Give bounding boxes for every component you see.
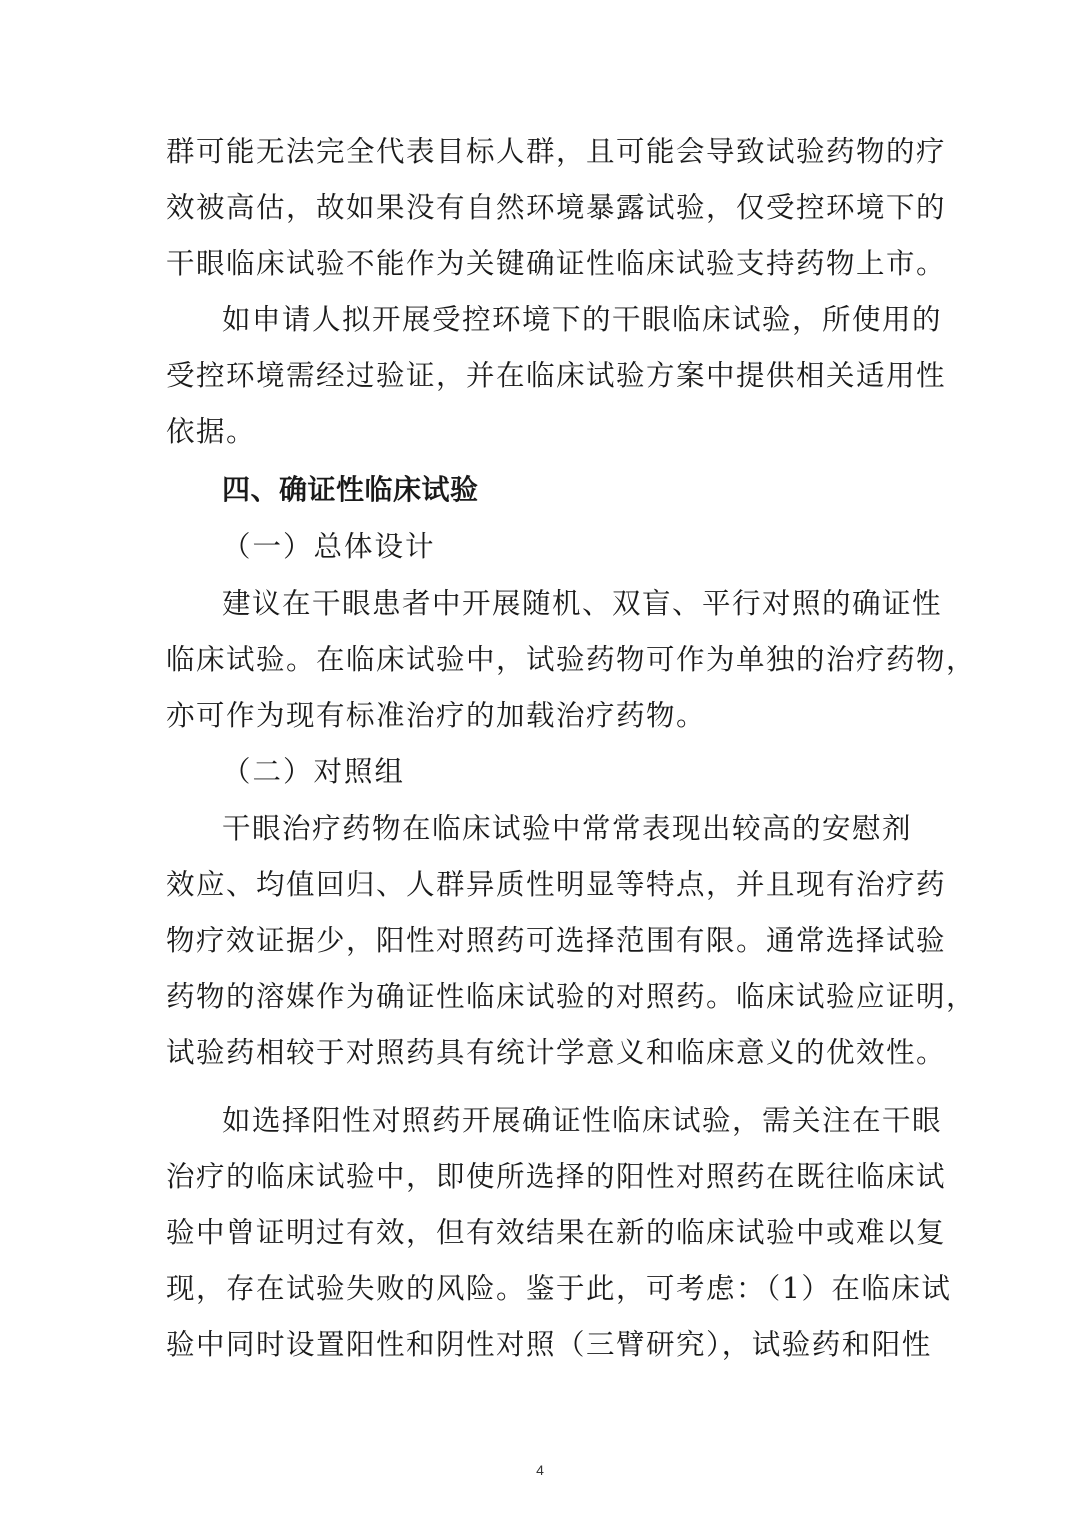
- page-number: 4: [0, 1462, 1080, 1478]
- paragraph-line: 试验药相较于对照药具有统计学意义和临床意义的优效性。: [166, 1035, 926, 1071]
- paragraph-line: 验中同时设置阳性和阴性对照（三臂研究），试验药和阳性: [166, 1327, 926, 1363]
- paragraph-line: 效被高估，故如果没有自然环境暴露试验，仅受控环境下的: [166, 190, 926, 226]
- paragraph-line: 亦可作为现有标准治疗的加载治疗药物。: [166, 698, 926, 734]
- paragraph-line: 受控环境需经过验证，并在临床试验方案中提供相关适用性: [166, 358, 926, 394]
- paragraph-line: 治疗的临床试验中，即使所选择的阳性对照药在既往临床试: [166, 1159, 926, 1195]
- paragraph-line: 临床试验。在临床试验中，试验药物可作为单独的治疗药物，: [166, 642, 926, 678]
- subsection-heading: （一）总体设计: [222, 529, 982, 565]
- paragraph-line: 干眼临床试验不能作为关键确证性临床试验支持药物上市。: [166, 246, 926, 282]
- paragraph-line: 依据。: [166, 414, 926, 450]
- paragraph-line: 干眼治疗药物在临床试验中常常表现出较高的安慰剂: [222, 811, 926, 847]
- paragraph-line: 效应、均值回归、人群异质性明显等特点，并且现有治疗药: [166, 867, 926, 903]
- paragraph-line: 物疗效证据少，阳性对照药可选择范围有限。通常选择试验: [166, 923, 926, 959]
- paragraph-line: 群可能无法完全代表目标人群，且可能会导致试验药物的疗: [166, 134, 926, 170]
- paragraph-line: 如选择阳性对照药开展确证性临床试验，需关注在干眼: [222, 1103, 926, 1139]
- paragraph-line: 建议在干眼患者中开展随机、双盲、平行对照的确证性: [222, 586, 926, 622]
- section-heading: 四、确证性临床试验: [222, 472, 982, 508]
- paragraph-line: 如申请人拟开展受控环境下的干眼临床试验，所使用的: [222, 302, 926, 338]
- paragraph-line: 药物的溶媒作为确证性临床试验的对照药。临床试验应证明，: [166, 979, 926, 1015]
- paragraph-line: 验中曾证明过有效，但有效结果在新的临床试验中或难以复: [166, 1215, 926, 1251]
- paragraph-line: 现，存在试验失败的风险。鉴于此，可考虑：（1）在临床试: [166, 1271, 926, 1307]
- subsection-heading: （二）对照组: [222, 754, 982, 790]
- document-page: 群可能无法完全代表目标人群，且可能会导致试验药物的疗 效被高估，故如果没有自然环…: [0, 0, 1080, 1527]
